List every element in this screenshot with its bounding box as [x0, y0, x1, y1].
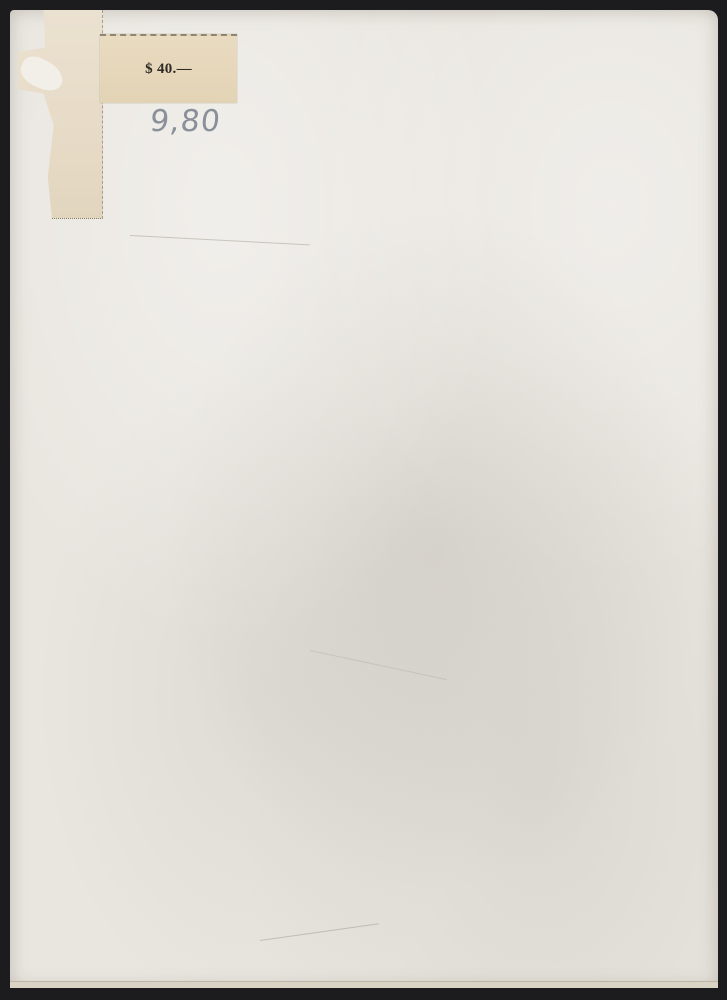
price-sticker: $ 40.— [100, 34, 237, 103]
book-back-cover [10, 10, 718, 988]
price-text: $ 40.— [145, 61, 192, 78]
paper-crease [130, 235, 310, 245]
handwritten-price-note: 9,80 [148, 104, 222, 139]
paper-crease [260, 923, 379, 941]
paper-crease [310, 650, 447, 680]
